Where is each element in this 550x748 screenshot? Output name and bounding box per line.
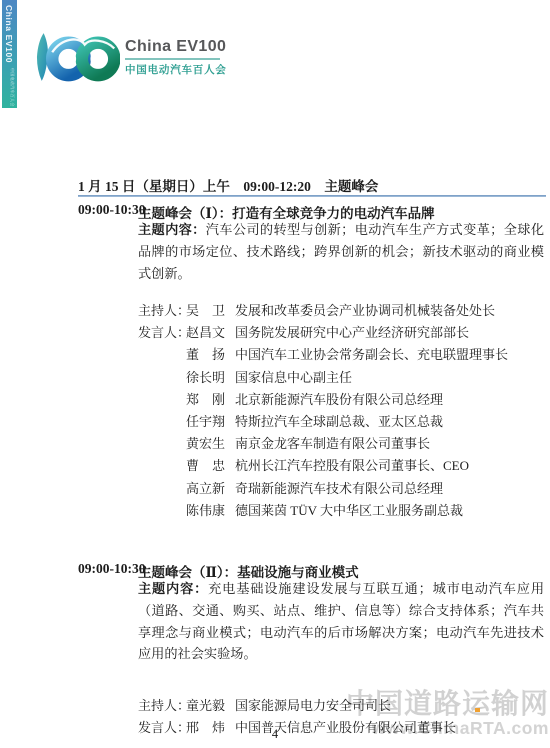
speaker-role-label: 发言人： bbox=[138, 322, 186, 344]
speaker-role-label bbox=[138, 344, 186, 366]
session2-description: 主题内容：充电基础设施建设发展与互联互通；城市电动汽车应用（道路、交通、购买、站… bbox=[138, 578, 544, 665]
speaker-name: 任宇翔 bbox=[186, 411, 235, 433]
header-divider-line bbox=[78, 195, 546, 197]
speaker-title: 中国汽车工业协会常务副会长、充电联盟理事长 bbox=[235, 344, 546, 366]
speaker-name: 郑 刚 bbox=[186, 389, 235, 411]
session1-content-label: 主题内容： bbox=[138, 222, 206, 237]
speaker-row: 徐长明 国家信息中心副主任 bbox=[138, 367, 546, 389]
speaker-title: 国家信息中心副主任 bbox=[235, 367, 546, 389]
page-number: 4 bbox=[0, 727, 550, 742]
speaker-name: 陈伟康 bbox=[186, 500, 235, 522]
agenda-document-page: 中国道路运输网 www.ChinaRTA.com China EV100 中国电… bbox=[0, 0, 550, 748]
speaker-row: 曹 忠 杭州长江汽车控股有限公司董事长、CEO bbox=[138, 455, 546, 477]
speaker-role-label bbox=[138, 478, 186, 500]
speaker-role-label bbox=[138, 433, 186, 455]
session1-description: 主题内容：汽车公司的转型与创新；电动汽车生产方式变革；全球化品牌的市场定位、技术… bbox=[138, 219, 544, 284]
speaker-name: 徐长明 bbox=[186, 367, 235, 389]
speaker-role-label bbox=[138, 367, 186, 389]
speaker-row: 董 扬 中国汽车工业协会常务副会长、充电联盟理事长 bbox=[138, 344, 546, 366]
speaker-title: 南京金龙客车制造有限公司董事长 bbox=[235, 433, 546, 455]
speaker-row: 陈伟康 德国莱茵 TÜV 大中华区工业服务副总裁 bbox=[138, 500, 546, 522]
speaker-row: 发言人： 赵昌文 国务院发展研究中心产业经济研究部部长 bbox=[138, 322, 546, 344]
speaker-name: 赵昌文 bbox=[186, 322, 235, 344]
speaker-title: 国务院发展研究中心产业经济研究部部长 bbox=[235, 322, 546, 344]
speaker-role-label bbox=[138, 389, 186, 411]
speaker-title: 国家能源局电力安全司司长 bbox=[235, 695, 546, 717]
speaker-row: 主持人： 童光毅 国家能源局电力安全司司长 bbox=[138, 695, 546, 717]
session2-content-label: 主题内容： bbox=[138, 581, 208, 596]
speaker-role-label: 主持人： bbox=[138, 695, 186, 717]
speaker-name: 黄宏生 bbox=[186, 433, 235, 455]
session1-speaker-list: 主持人： 吴 卫 发展和改革委员会产业协调司机械装备处处长 发言人： 赵昌文 国… bbox=[138, 300, 546, 522]
speaker-role-label bbox=[138, 411, 186, 433]
speaker-title: 北京新能源汽车股份有限公司总经理 bbox=[235, 389, 546, 411]
speaker-title: 奇瑞新能源汽车技术有限公司总经理 bbox=[235, 478, 546, 500]
speaker-role-label: 主持人： bbox=[138, 300, 186, 322]
speaker-row: 黄宏生 南京金龙客车制造有限公司董事长 bbox=[138, 433, 546, 455]
document-content: 1 月 15 日（星期日）上午 09:00-12:20 主题峰会 09:00-1… bbox=[0, 0, 550, 748]
speaker-name: 高立新 bbox=[186, 478, 235, 500]
speaker-name: 曹 忠 bbox=[186, 455, 235, 477]
speaker-title: 特斯拉汽车全球副总裁、亚太区总裁 bbox=[235, 411, 546, 433]
speaker-row: 高立新 奇瑞新能源汽车技术有限公司总经理 bbox=[138, 478, 546, 500]
speaker-title: 发展和改革委员会产业协调司机械装备处处长 bbox=[235, 300, 546, 322]
speaker-row: 郑 刚 北京新能源汽车股份有限公司总经理 bbox=[138, 389, 546, 411]
date-header: 1 月 15 日（星期日）上午 09:00-12:20 主题峰会 bbox=[78, 175, 546, 195]
speaker-role-label bbox=[138, 455, 186, 477]
session1-time: 09:00-10:30 bbox=[78, 202, 138, 222]
speaker-name: 吴 卫 bbox=[186, 300, 235, 322]
speaker-title: 德国莱茵 TÜV 大中华区工业服务副总裁 bbox=[235, 500, 546, 522]
speaker-name: 童光毅 bbox=[186, 695, 235, 717]
speaker-title: 杭州长江汽车控股有限公司董事长、CEO bbox=[235, 455, 546, 477]
speaker-role-label bbox=[138, 500, 186, 522]
speaker-row: 任宇翔 特斯拉汽车全球副总裁、亚太区总裁 bbox=[138, 411, 546, 433]
session2-time: 09:00-10:30 bbox=[78, 561, 138, 581]
speaker-row: 主持人： 吴 卫 发展和改革委员会产业协调司机械装备处处长 bbox=[138, 300, 546, 322]
speaker-name: 董 扬 bbox=[186, 344, 235, 366]
